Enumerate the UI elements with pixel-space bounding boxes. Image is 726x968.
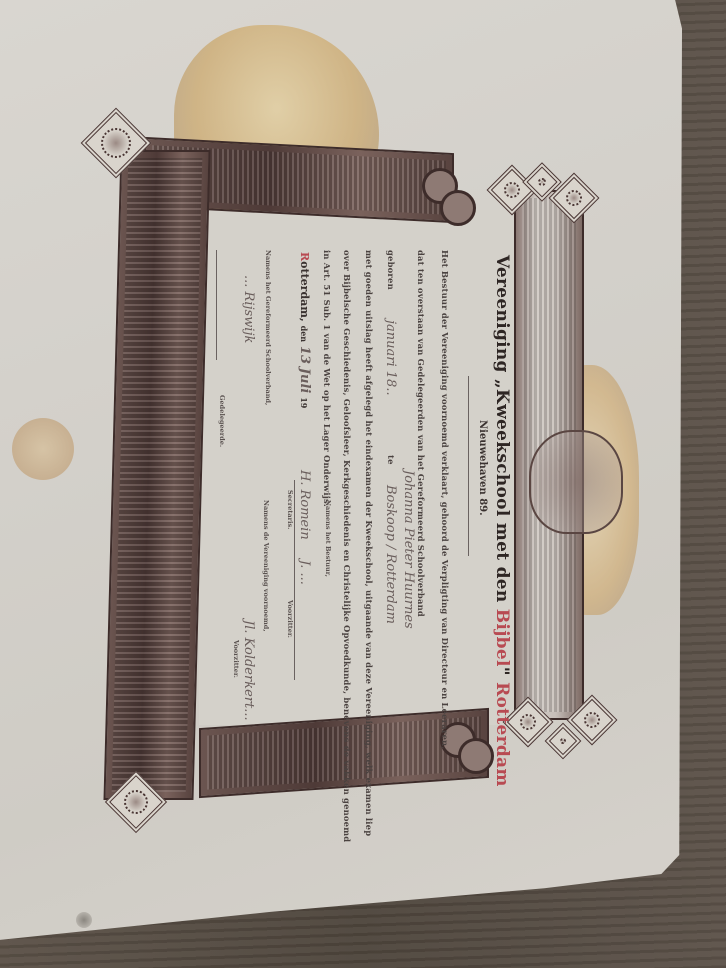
- water-stain: [12, 418, 74, 480]
- trefoil-ornament-icon: [440, 190, 476, 226]
- schoolverband-label: Gedelegeerde.: [218, 395, 226, 447]
- body-line: geboren: [386, 250, 396, 290]
- certificate-paper: Vereeniging „Kweekschool met den Bijbel"…: [0, 0, 682, 950]
- secretary-label: Secretaris.: [286, 490, 294, 529]
- schoolverband-heading: Namens het Gereformeerd Schoolverband,: [264, 250, 272, 405]
- body-line: dat ten overstaan van Gedelegeerden van …: [416, 250, 426, 617]
- schoolverband-signature: ... Rijswijk: [241, 275, 256, 343]
- certificate-address: Nieuwehaven 89.: [477, 420, 488, 516]
- body-line: in Art. 51 Sub. 1 van de Wet op het Lage…: [322, 250, 332, 507]
- handwritten-birth-date: januari 18..: [383, 320, 398, 396]
- secretary-signature: H. Romein: [297, 470, 312, 540]
- body-line: Het Bestuur der Vereeniging voornoemd ve…: [440, 250, 450, 749]
- place-date: Rotterdam, den 13 Juli 19: [297, 252, 312, 408]
- certificate-title: Vereeniging „Kweekschool met den Bijbel"…: [492, 255, 512, 787]
- chairman-signature: J. ...: [297, 560, 312, 585]
- board-heading: Namens het Bestuur,: [324, 500, 332, 577]
- chairman-label: Voorzitter.: [286, 600, 294, 638]
- divider: [468, 376, 469, 556]
- signature-line: [216, 250, 217, 360]
- vereeniging-label: Voorzitter.: [232, 640, 240, 678]
- vereeniging-heading: Namens de Vereeniging voornoemd,: [262, 500, 270, 632]
- body-line: met goeden uitslag heeft afgelegd het ei…: [364, 250, 374, 836]
- trefoil-ornament-icon: [458, 738, 494, 774]
- fleur-de-lis-crest-icon: [529, 430, 623, 534]
- paper-damage: [76, 912, 92, 928]
- frame-left-engraving-cityscape: [103, 150, 210, 800]
- handwritten-name: Johanna Pieter Huurnes: [401, 470, 416, 629]
- handwritten-birth-place: Boskoop / Rotterdam: [383, 485, 398, 624]
- body-line: te: [386, 455, 396, 465]
- vereeniging-signature: Jl. Kolderkert...: [241, 620, 256, 721]
- signature-line: [294, 480, 295, 680]
- body-line: over Bijbelsche Geschiedenis, Geloofslee…: [342, 250, 352, 842]
